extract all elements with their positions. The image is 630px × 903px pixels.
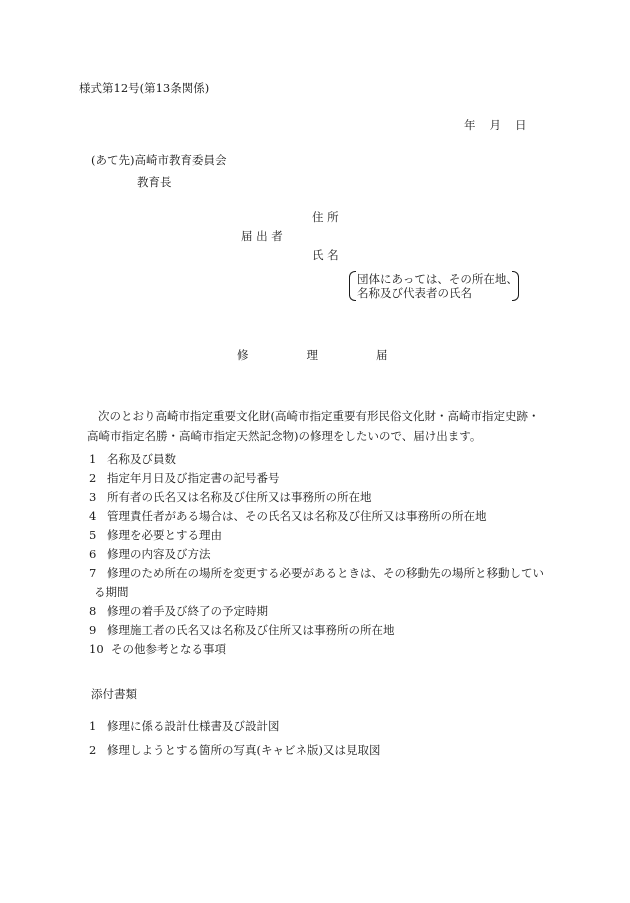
addressee: (あて先)高崎市教育委員会 [91,155,226,167]
title-char: 理 [307,350,319,362]
item-number: 2 [89,469,107,488]
address-label: 住 所 [312,212,339,224]
attachments-title: 添付書類 [91,689,137,701]
form-number: 様式第12号(第13条関係) [79,83,209,95]
list-item: 3所有者の氏名又は名称及び住所又は事務所の所在地 [89,488,549,507]
attachment-text: 修理に係る設計仕様書及び設計図 [107,719,280,733]
item-number: 6 [89,545,107,564]
list-item: 8修理の着手及び終了の予定時期 [89,602,549,621]
item-text: 名称及び員数 [107,452,176,466]
body-text: 次のとおり高崎市指定重要文化財(高崎市指定重要有形民俗文化財・高崎市指定史跡・高… [87,409,539,443]
item-text: その他参考となる事項 [111,642,226,656]
item-text: 修理を必要とする理由 [107,528,222,542]
item-text: 指定年月日及び指定書の記号番号 [107,471,280,485]
date-day: 日 [515,120,527,132]
right-bracket [512,271,519,301]
list-item: 9修理施工者の氏名又は名称及び住所又は事務所の所在地 [89,621,549,640]
title-char: 届 [376,350,388,362]
attachment-list: 1修理に係る設計仕様書及び設計図 2修理しようとする箇所の写真(キャビネ版)又は… [89,714,380,762]
item-number: 1 [89,450,107,469]
item-number: 8 [89,602,107,621]
attachment-text: 修理しようとする箇所の写真(キャビネ版)又は見取図 [107,743,380,757]
left-bracket [349,271,356,301]
list-item: 2指定年月日及び指定書の記号番号 [89,469,549,488]
item-text: 修理の内容及び方法 [107,547,211,561]
list-item: 7修理のため所在の場所を変更する必要があるときは、その移動先の場所と移動している… [89,564,549,602]
title-char: 修 [237,350,249,362]
addressee-title: 教育長 [137,177,172,189]
attachment-number: 2 [89,738,107,762]
organization-note-line1: 団体にあっては、その所在地、 [357,274,518,286]
organization-note-line2: 名称及び代表者の氏名 [357,288,472,300]
list-item: 1名称及び員数 [89,450,549,469]
list-item: 6修理の内容及び方法 [89,545,549,564]
item-text: 修理施工者の氏名又は名称及び住所又は事務所の所在地 [107,623,395,637]
item-text: 修理の着手及び終了の予定時期 [107,604,268,618]
list-item: 4管理責任者がある場合は、その氏名又は名称及び住所又は事務所の所在地 [89,507,549,526]
item-number: 5 [89,526,107,545]
item-number: 4 [89,507,107,526]
item-text: 所有者の氏名又は名称及び住所又は事務所の所在地 [107,490,372,504]
list-item: 5修理を必要とする理由 [89,526,549,545]
name-label: 氏 名 [312,250,339,262]
item-number: 10 [89,640,111,659]
document-title: 修理届 [237,350,388,362]
item-list: 1名称及び員数 2指定年月日及び指定書の記号番号 3所有者の氏名又は名称及び住所… [89,450,549,659]
item-text: 管理責任者がある場合は、その氏名又は名称及び住所又は事務所の所在地 [107,509,487,523]
item-text-continuation: る期間 [89,583,549,602]
date-line: 年月日 [464,120,527,132]
notifier-label: 届 出 者 [241,231,283,243]
body-paragraph: 次のとおり高崎市指定重要文化財(高崎市指定重要有形民俗文化財・高崎市指定史跡・高… [87,406,547,446]
date-year: 年 [464,120,476,132]
item-number: 7 [89,564,107,583]
attachment-number: 1 [89,714,107,738]
item-number: 9 [89,621,107,640]
attachment-item: 1修理に係る設計仕様書及び設計図 [89,714,380,738]
date-month: 月 [490,120,502,132]
item-text: 修理のため所在の場所を変更する必要があるときは、その移動先の場所と移動してい [107,566,544,580]
item-number: 3 [89,488,107,507]
list-item: 10その他参考となる事項 [89,640,549,659]
organization-note: 団体にあっては、その所在地、 名称及び代表者の氏名 [349,270,519,300]
attachment-item: 2修理しようとする箇所の写真(キャビネ版)又は見取図 [89,738,380,762]
